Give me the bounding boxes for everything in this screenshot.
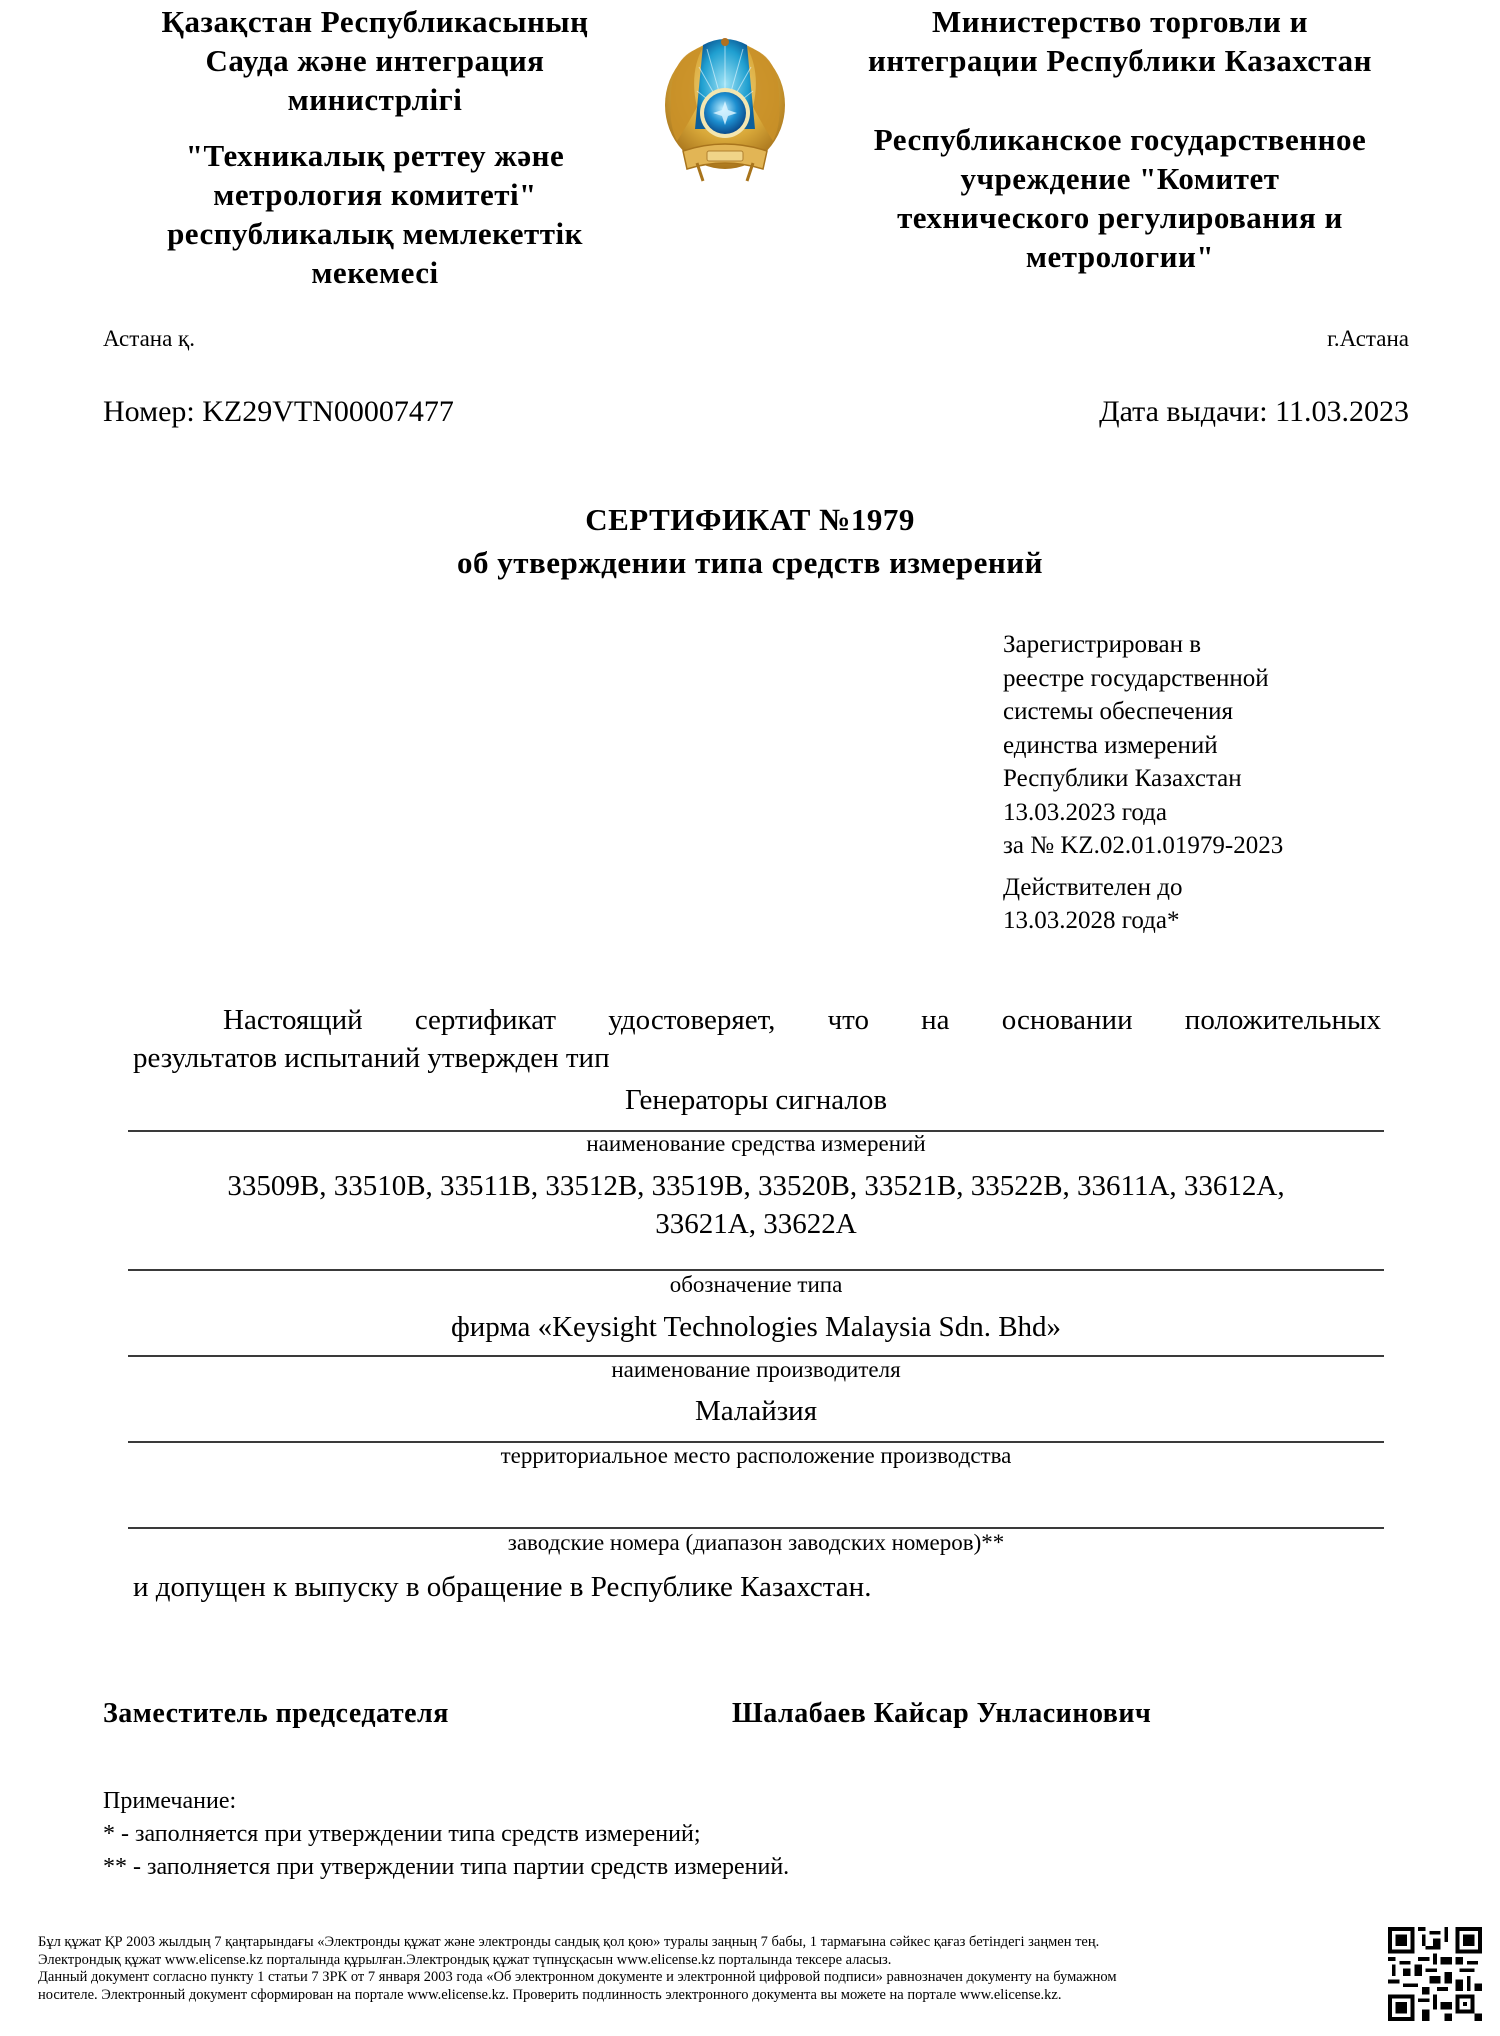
committee-name-kz-line: республикалық мемлекеттік [110,214,640,253]
divider [128,1269,1384,1271]
type-designation-caption: обозначение типа [128,1272,1384,1298]
footer-line: Данный документ согласно пункту 1 статьи… [38,1969,1378,1987]
manufacturer-name: фирма «Keysight Technologies Malaysia Sd… [128,1311,1384,1344]
certificate-title: СЕРТИФИКАТ №1979 [0,502,1500,538]
note-item: * - заполняется при утверждении типа сре… [103,1818,789,1851]
footer-line: Бұл құжат ҚР 2003 жылдың 7 қаңтарындағы … [38,1934,1378,1952]
intro-line-2: результатов испытаний утвержден тип [133,1038,610,1078]
committee-name-ru-line: технического регулирования и [840,198,1400,237]
ministry-name-ru-line: интеграции Республики Казахстан [840,41,1400,80]
signatory-name: Шалабаев Кайсар Унласинович [732,1698,1151,1730]
committee-name-ru-line: Республиканское государственное [840,120,1400,159]
certificate-number: Номер: KZ29VTN00007477 [103,395,454,429]
committee-name-kz-line: "Техникалық реттеу және [110,136,640,175]
ministry-name-ru-line: Министерство торговли и [840,2,1400,41]
registration-line: единства измерений [1003,729,1283,763]
instrument-name: Генераторы сигналов [128,1084,1384,1117]
ministry-name-kz-line: министрлігі [110,80,640,119]
ministry-name-kz-line: Сауда және интеграция [110,41,640,80]
footer-line: носителе. Электронный документ сформиров… [38,1987,1378,2005]
production-location-caption: территориальное место расположение произ… [128,1443,1384,1469]
serial-numbers-caption: заводские номера (диапазон заводских ном… [128,1530,1384,1556]
footer-line: Электрондық құжат www.elicense.kz портал… [38,1952,1378,1970]
instrument-name-caption: наименование средства измерений [128,1131,1384,1157]
registration-block: Зарегистрирован в реестре государственно… [1003,628,1283,938]
issue-date: Дата выдачи: 11.03.2023 [1099,395,1409,429]
number-label: Номер: [103,395,195,428]
registration-line: Зарегистрирован в [1003,628,1283,662]
registration-line: реестре государственной [1003,662,1283,696]
registration-line: системы обеспечения [1003,695,1283,729]
registration-line: 13.03.2023 года [1003,796,1283,830]
ministry-name-kz-line: Қазақстан Республикасының [110,2,640,41]
committee-name-ru-line: метрологии" [840,237,1400,276]
date-value: 11.03.2023 [1275,395,1409,428]
intro-line-1: Настоящий сертификат удостоверяет, что н… [133,1000,1381,1040]
date-label: Дата выдачи: [1099,395,1267,428]
notes-title: Примечание: [103,1785,789,1818]
qr-code-icon [1388,1927,1482,2021]
registration-number: за № KZ.02.01.01979-2023 [1003,829,1283,863]
closing-statement: и допущен к выпуску в обращение в Респуб… [133,1567,871,1607]
validity-line: Действителен до [1003,871,1283,905]
type-designation-line: 33621A, 33622A [128,1208,1384,1241]
legal-footer: Бұл құжат ҚР 2003 жылдың 7 қаңтарындағы … [38,1934,1378,2004]
header-right-ru: Министерство торговли и интеграции Респу… [840,2,1400,276]
signatory-position: Заместитель председателя [103,1698,449,1730]
production-location: Малайзия [128,1395,1384,1428]
committee-name-kz-line: мекемесі [110,253,640,292]
manufacturer-caption: наименование производителя [128,1357,1384,1383]
header-left-kz: Қазақстан Республикасының Сауда және инт… [110,2,640,292]
place-ru: г.Астана [1327,326,1409,352]
note-item: ** - заполняется при утверждении типа па… [103,1851,789,1884]
committee-name-kz-line: метрология комитеті" [110,175,640,214]
registration-line: Республики Казахстан [1003,762,1283,796]
place-kz: Астана қ. [103,326,195,352]
certificate-subtitle: об утверждении типа средств измерений [0,545,1500,581]
validity-date: 13.03.2028 года* [1003,904,1283,938]
number-value: KZ29VTN00007477 [202,395,454,428]
type-designation-line: 33509B, 33510B, 33511B, 33512B, 33519B, … [128,1170,1384,1203]
state-emblem-icon [663,33,787,183]
notes-block: Примечание: * - заполняется при утвержде… [103,1785,789,1884]
divider [128,1527,1384,1529]
committee-name-ru-line: учреждение "Комитет [840,159,1400,198]
